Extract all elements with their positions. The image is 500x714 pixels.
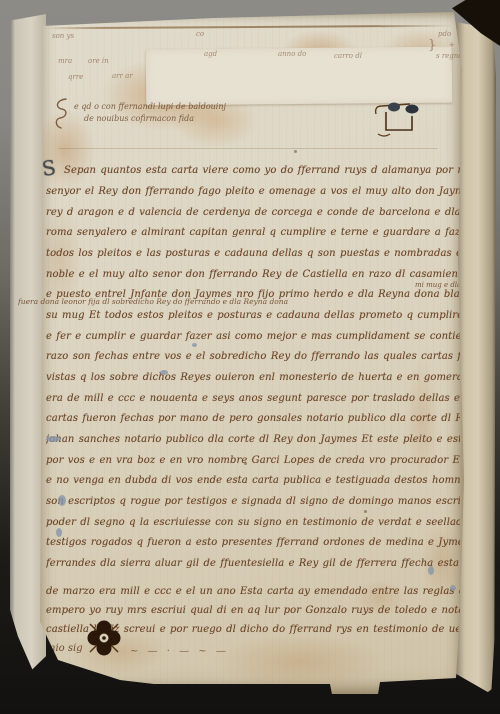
paper-speck <box>58 495 66 506</box>
closing-line: empero yo ruy mrs escriui qual di en aq … <box>46 605 460 616</box>
fragment-text: co <box>196 30 204 38</box>
crease-line <box>42 25 454 30</box>
body-line: e fer e cumplir e guardar fazer asi como… <box>46 331 460 342</box>
body-line: rey d aragon e d valencia de cerdenya de… <box>46 207 460 218</box>
notarial-sign <box>86 618 122 658</box>
paper-speck <box>56 528 62 537</box>
paraph-flourish <box>52 96 72 132</box>
body-line: cartas fueron fechas por mano de pero go… <box>46 413 460 424</box>
body-line: noble e el muy alto senor don fferrando … <box>46 269 460 280</box>
body-line: ferrandes dla sierra aluar gil de ffuent… <box>46 558 460 569</box>
paper-speck <box>160 370 168 375</box>
corner-note-line: + <box>449 41 455 49</box>
closing-line: de marzo era mill e ccc e el un ano Esta… <box>46 586 460 597</box>
body-line: todos los pleitos e las posturas e cadau… <box>46 248 460 259</box>
foxing-dot <box>244 462 247 465</box>
body-line: Sepan quantos esta carta viere como yo d… <box>46 165 478 176</box>
body-line: e no venga en dubda di vos ende esta car… <box>46 475 460 486</box>
body-line: vistas q los sobre dichos Reyes ouieron … <box>46 372 460 383</box>
margin-note: fuera dona leonor fija dl sobredicho Rey… <box>18 297 318 306</box>
line-filler-flourish: ~ — · — ~ — <box>130 646 229 657</box>
paper-speck <box>450 585 456 591</box>
fragment-text: son ys <box>52 32 74 40</box>
fold-line <box>58 148 438 149</box>
fragment-text: ore in <box>88 57 109 65</box>
body-line: son escriptos q rogue por testigos e sig… <box>46 496 460 507</box>
manuscript-page: son ys mra ore in qrre arr ar co agd ann… <box>34 10 464 694</box>
fragment-text: agd <box>204 50 217 58</box>
paper-speck <box>192 343 197 347</box>
ink-doodle <box>370 100 428 142</box>
body-line: poder dl segno q la escriuiesse con su s… <box>46 517 460 528</box>
manuscript-photo: son ys mra ore in qrre arr ar co agd ann… <box>0 0 500 714</box>
body-line: por vos e en vra boz e en vro nombre Gar… <box>46 455 460 466</box>
corner-note-line: s regno <box>436 52 463 60</box>
page-stack-right <box>456 22 496 694</box>
heading-note-line: e qd o con ffernandi lupi de baldouinj <box>74 102 226 111</box>
foxing-dot <box>294 150 297 153</box>
fragment-text: qrre <box>68 73 83 81</box>
fragment-text: mra <box>58 57 72 65</box>
corner-note-bracket: } <box>428 38 436 53</box>
body-line: era de mill e ccc e nouaenta e seys anos… <box>46 393 460 404</box>
body-line: senyor el Rey don fferrando fago pleito … <box>46 186 460 197</box>
fragment-text: anno do <box>278 50 306 58</box>
interlinear-note: mi mug e dla <box>415 281 461 289</box>
body-line: johan sanches notario publico dla corte … <box>46 434 460 445</box>
corner-note-line: pdo <box>438 30 451 38</box>
body-line: testigos rogados q fueron a esto present… <box>46 537 460 548</box>
fragment-text: carro dl <box>334 52 362 60</box>
heading-note-line: de nouibus cofirmacon fida <box>84 114 194 123</box>
fragment-text: arr ar <box>112 72 133 80</box>
foxing-dot <box>364 510 367 513</box>
body-line: su mug Et todos estos pleitos e posturas… <box>46 310 460 321</box>
paper-speck <box>46 436 61 442</box>
body-line: roma senyalero e almirant capitan genral… <box>46 227 460 238</box>
paper-speck <box>428 566 434 575</box>
body-line: razo son fechas entre vos e el sobredich… <box>46 351 460 362</box>
